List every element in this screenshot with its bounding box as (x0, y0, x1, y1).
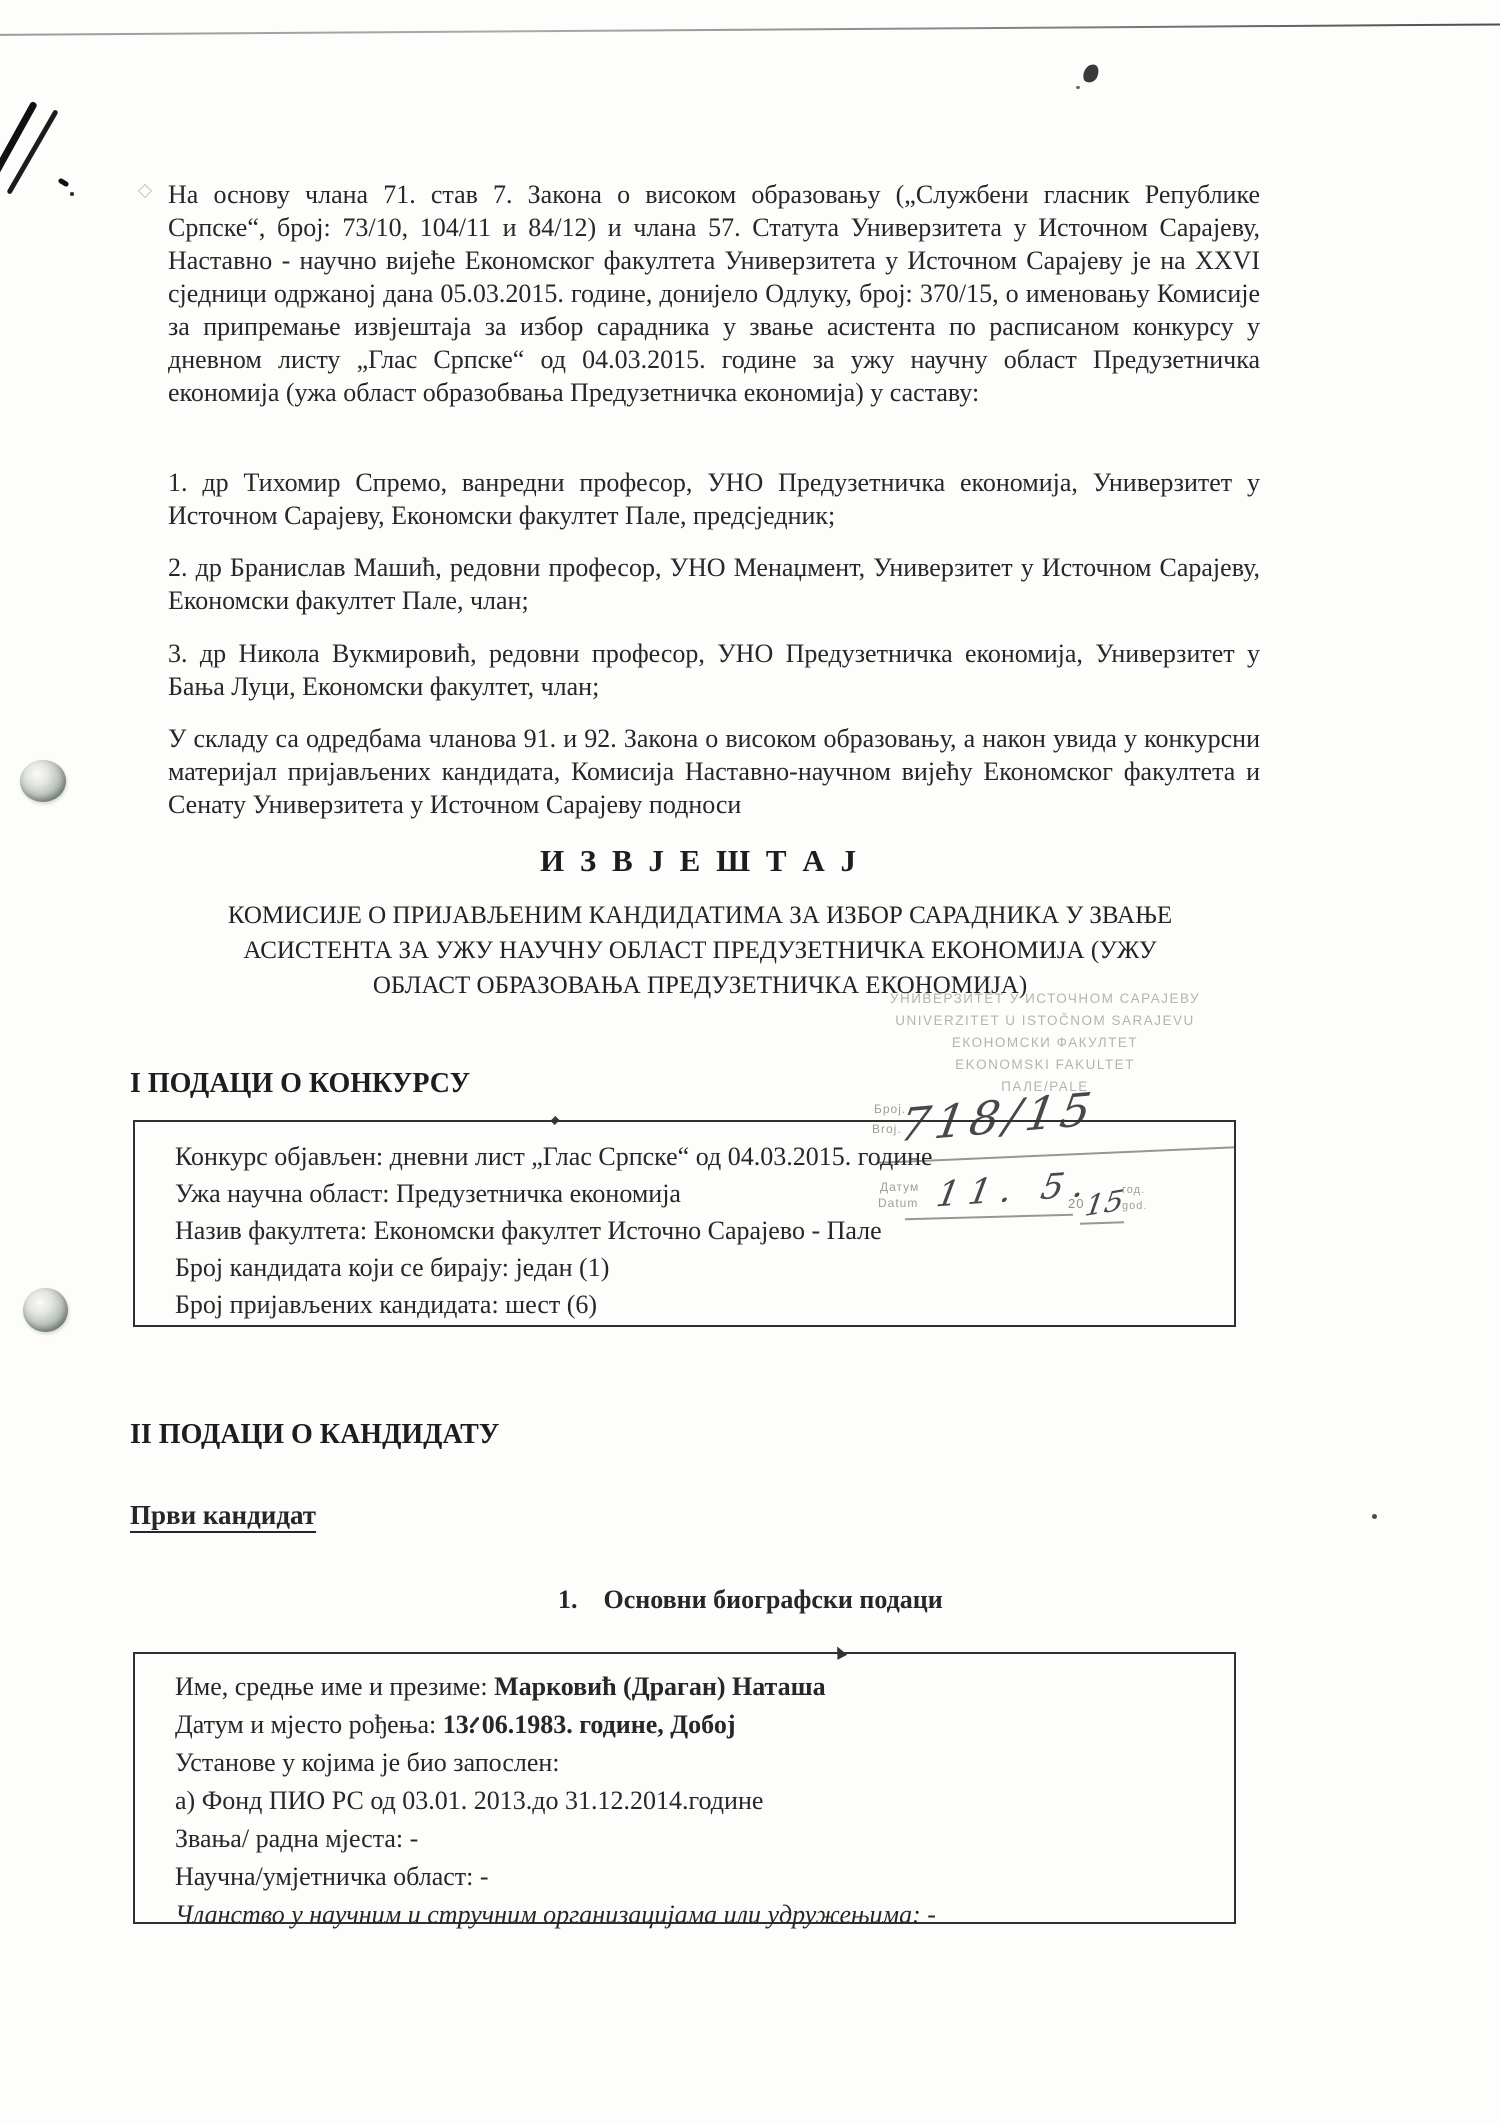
candidate-bio-box: Име, средње име и презиме: Марковић (Дра… (133, 1652, 1236, 1924)
report-subtitle-line-2: АСИСТЕНТА ЗА УЖУ НАУЧНУ ОБЛАСТ ПРЕДУЗЕТН… (170, 933, 1230, 968)
field-line: Научна/умјетничка област: - (175, 1858, 1216, 1896)
candidates-to-elect-line: Број кандидата који се бирају: један (1) (175, 1249, 1216, 1286)
pen-mark (70, 192, 74, 196)
ink-speck (1372, 1514, 1377, 1519)
birth-value: 13. 06.1983. године, Добој (443, 1710, 736, 1739)
followup-paragraph: У складу са одредбама чланова 91. и 92. … (168, 722, 1260, 821)
scientific-field-line: Ужа научна област: Предузетничка економи… (175, 1175, 1216, 1212)
committee-member-3: 3. др Никола Вукмировић, редовни професо… (168, 637, 1260, 703)
punch-hole-shadow (20, 760, 66, 802)
bio-data-heading: 1.Основни биографски подаци (558, 1585, 943, 1615)
section-2-heading: II ПОДАЦИ О КАНДИДАТУ (130, 1419, 499, 1451)
committee-member-1: 1. др Тихомир Спремо, ванредни професор,… (168, 466, 1260, 532)
punch-hole-shadow (23, 1288, 68, 1332)
institution-stamp: УНИВЕРЗИТЕТ У ИСТОЧНОМ САРАЈЕВУ UNIVERZI… (845, 988, 1245, 1098)
candidate-name-line: Име, средње име и презиме: Марковић (Дра… (175, 1668, 1216, 1706)
membership-line: Чланство у научним и стручним организаци… (175, 1896, 1216, 1934)
report-subtitle-line-1: КОМИСИЈЕ О ПРИЈАВЉЕНИМ КАНДИДАТИМА ЗА ИЗ… (170, 898, 1230, 933)
faculty-name-line: Назив факултета: Економски факултет Исто… (175, 1212, 1216, 1249)
contest-info-box: Конкурс објављен: дневни лист „Глас Српс… (133, 1120, 1236, 1327)
committee-member-2: 2. др Бранислав Машић, редовни професор,… (168, 551, 1260, 617)
ink-blot-artifact (1081, 62, 1102, 85)
pen-mark (57, 178, 69, 188)
scan-line-artifact (0, 23, 1500, 36)
section-1-heading: I ПОДАЦИ О КОНКУРСУ (130, 1068, 470, 1100)
name-value: Марковић (Драган) Наташа (494, 1672, 826, 1701)
positions-line: Звања/ радна мјеста: - (175, 1820, 1216, 1858)
scanned-document-page: На основу члана 71. став 7. Закона о вис… (0, 0, 1500, 2123)
first-candidate-label: Први кандидат (130, 1500, 316, 1531)
bio-heading-text: Основни биографски подаци (604, 1585, 943, 1614)
intro-paragraph: На основу члана 71. став 7. Закона о вис… (168, 178, 1260, 409)
stamp-line-4: EKONOMSKI FAKULTET (845, 1054, 1245, 1076)
name-label: Име, средње име и презиме: (175, 1672, 494, 1701)
contest-published-line: Конкурс објављен: дневни лист „Глас Српс… (175, 1138, 1216, 1175)
ink-dot-artifact (1076, 86, 1080, 89)
stamp-line-3: ЕКОНОМСКИ ФАКУЛТЕТ (845, 1032, 1245, 1054)
stamp-line-1: УНИВЕРЗИТЕТ У ИСТОЧНОМ САРАЈЕВУ (845, 988, 1245, 1010)
report-title: И З В Ј Е Ш Т А Ј (150, 843, 1250, 879)
pen-mark (6, 109, 58, 195)
bio-heading-number: 1. (558, 1585, 578, 1614)
scan-speck (138, 184, 152, 198)
candidate-birth-line: Датум и мјесто рођења: 13. 06.1983. годи… (175, 1706, 1216, 1744)
applied-candidates-line: Број пријављених кандидата: шест (6) (175, 1286, 1216, 1323)
employment-entry-line: а) Фонд ПИО РС од 03.01. 2013.до 31.12.2… (175, 1782, 1216, 1820)
employment-label-line: Установе у којима је био запослен: (175, 1744, 1216, 1782)
stamp-line-2: UNIVERZITET U ISTOČNOM SARAJEVU (845, 1010, 1245, 1032)
birth-label: Датум и мјесто рођења: (175, 1710, 443, 1739)
